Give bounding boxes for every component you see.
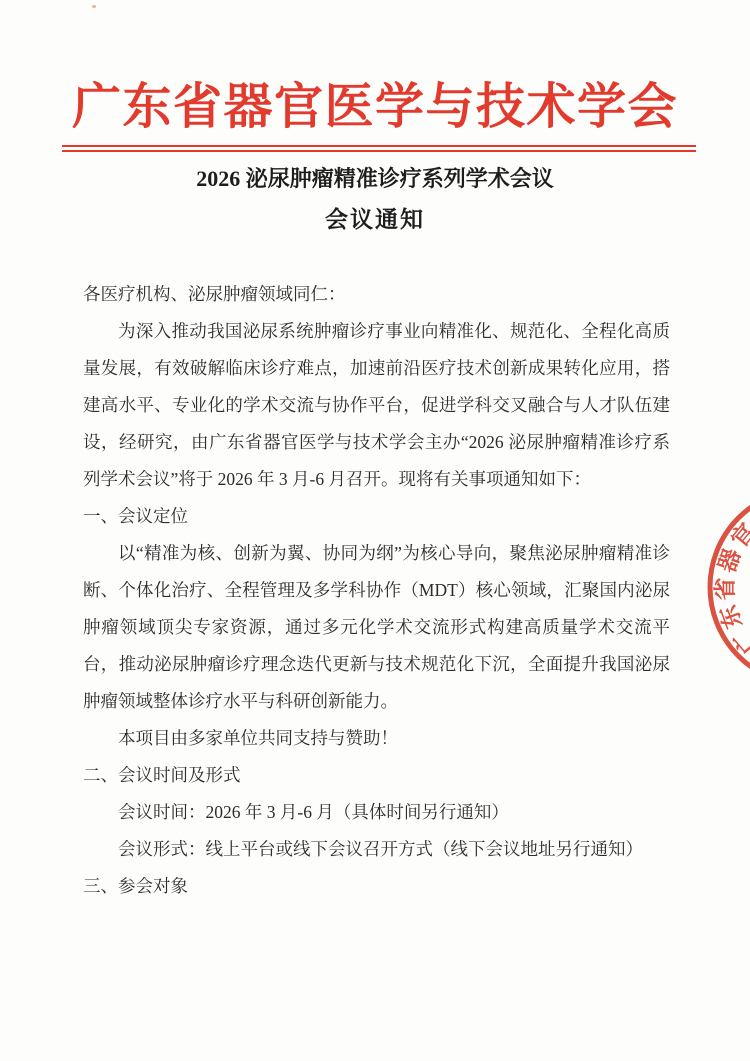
- document-subtitle: 会议通知: [0, 204, 750, 236]
- document-title: 2026 泌尿肿瘤精准诊疗系列学术会议: [0, 164, 750, 195]
- document-page: 广东省器官医学与技术学会 2026 泌尿肿瘤精准诊疗系列学术会议 会议通知 各医…: [0, 0, 750, 1061]
- seal-org-text: 广东省器官医学与技术学会: [693, 472, 750, 686]
- scan-speck: [92, 5, 96, 8]
- letterhead-org-name: 广东省器官医学与技术学会: [0, 78, 750, 137]
- meeting-time-line: 会议时间：2026 年 3 月-6 月（具体时间另行通知）: [83, 794, 670, 831]
- section-heading-3: 三、参会对象: [83, 868, 670, 905]
- section-heading-2: 二、会议时间及形式: [83, 757, 670, 794]
- sponsor-note: 本项目由多家单位共同支持与赞助！: [83, 720, 670, 757]
- svg-text:广东省器官医学与技术学会: 广东省器官医学与技术学会: [693, 472, 750, 686]
- intro-paragraph: 为深入推动我国泌尿系统肿瘤诊疗事业向精准化、规范化、全程化高质量发展，有效破解临…: [83, 313, 670, 498]
- section-heading-1: 一、会议定位: [83, 498, 670, 535]
- letterhead-double-rule: [62, 145, 696, 152]
- section-1-paragraph: 以“精准为核、创新为翼、协同为纲”为核心导向，聚焦泌尿肿瘤精准诊断、个体化治疗、…: [83, 535, 670, 720]
- salutation: 各医疗机构、泌尿肿瘤领域同仁：: [83, 276, 670, 313]
- meeting-format-line: 会议形式：线上平台或线下会议召开方式（线下会议地址另行通知）: [83, 831, 670, 868]
- document-body: 各医疗机构、泌尿肿瘤领域同仁： 为深入推动我国泌尿系统肿瘤诊疗事业向精准化、规范…: [83, 276, 670, 905]
- official-seal-stamp: 广东省器官医学与技术学会 44010 ★: [693, 472, 750, 702]
